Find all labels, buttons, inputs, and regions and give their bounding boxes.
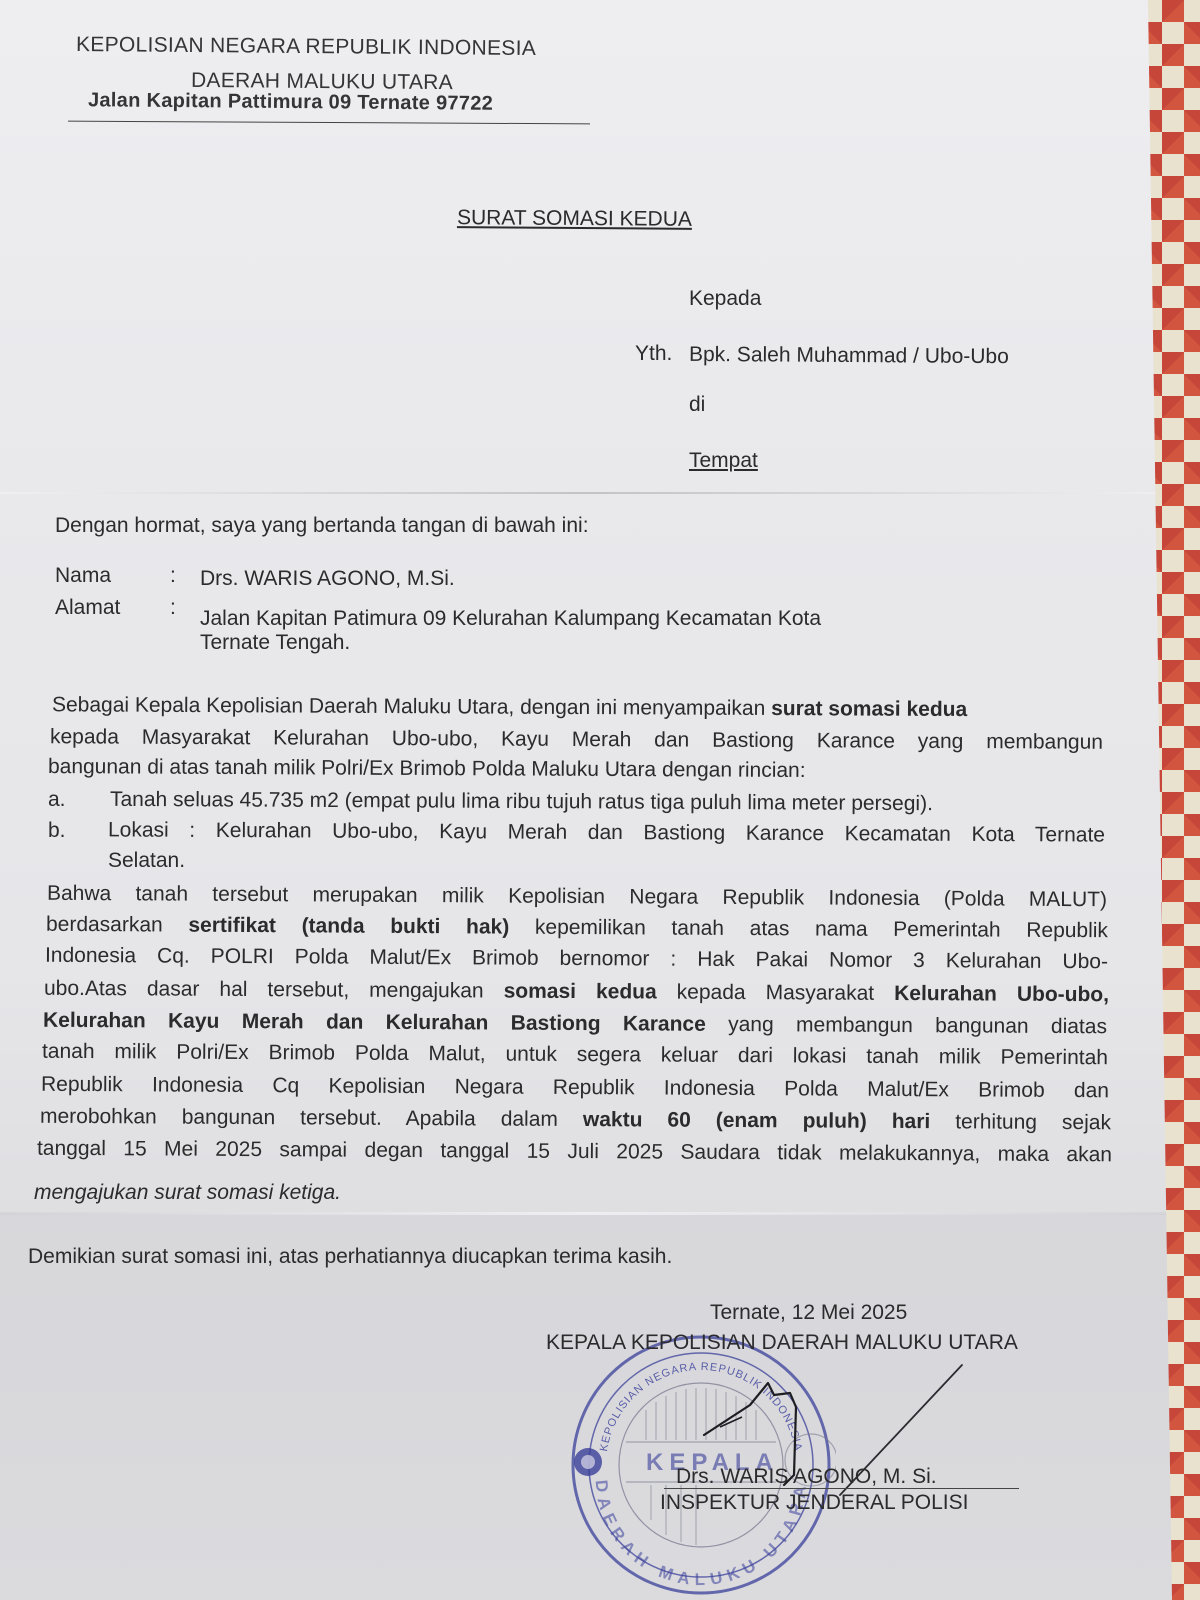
body-text-bold: Kelurahan Kayu Merah dan Kelurahan Basti… <box>43 1009 706 1036</box>
recipient-tempat: Tempat <box>689 450 758 471</box>
body-line: kepada Masyarakat Kelurahan Ubo-ubo, Kay… <box>50 726 1103 753</box>
body-text-bold: sertifikat (tanda bukti hak) <box>188 914 509 939</box>
identity-nama-value: Drs. WARIS AGONO, M.Si. <box>200 568 455 589</box>
letterhead-address: Jalan Kapitan Pattimura 09 Ternate 97722 <box>88 90 493 114</box>
list-marker: a. <box>48 789 66 810</box>
body-text-bold: Kelurahan Ubo-ubo, <box>894 982 1109 1006</box>
list-marker: b. <box>48 820 66 841</box>
signature-rule <box>664 1488 1019 1489</box>
list-item-text: Tanah seluas 45.735 m2 (empat pulu lima … <box>110 789 933 814</box>
letterhead-institution: KEPOLISIAN NEGARA REPUBLIK INDONESIA <box>76 34 536 59</box>
identity-alamat-label: Alamat <box>55 597 120 618</box>
paper-fold-line <box>0 492 1172 494</box>
signature-position: KEPALA KEPOLISIAN DAERAH MALUKU UTARA <box>546 1332 1018 1353</box>
closing-remark: Demikian surat somasi ini, atas perhatia… <box>28 1246 672 1267</box>
identity-separator: : <box>170 597 176 618</box>
recipient-kepada: Kepada <box>689 288 761 309</box>
body-text: terhitung sejak <box>930 1110 1111 1134</box>
paper-fold-line <box>0 1212 1172 1215</box>
signature-place-date: Ternate, 12 Mei 2025 <box>710 1302 907 1323</box>
recipient-di: di <box>689 394 705 415</box>
letter-title: SURAT SOMASI KEDUA <box>457 207 692 230</box>
body-text-bold: waktu 60 (enam puluh) hari <box>583 1108 930 1133</box>
body-text: yang membangun bangunan diatas <box>706 1013 1107 1038</box>
recipient-yth: Yth. <box>635 343 672 364</box>
list-item-text: Lokasi : Kelurahan Ubo-ubo, Kayu Merah d… <box>108 819 1105 845</box>
identity-alamat-value: Jalan Kapitan Patimura 09 Kelurahan Kalu… <box>200 608 821 629</box>
body-text: kepemilikan tanah atas nama Pemerintah R… <box>509 916 1108 943</box>
body-text: merobohkan bangunan tersebut. Apabila da… <box>40 1105 583 1131</box>
body-text-bold: somasi kedua <box>504 980 657 1004</box>
identity-alamat-value-cont: Ternate Tengah. <box>200 632 350 653</box>
signatory-rank: INSPEKTUR JENDERAL POLISI <box>660 1492 968 1513</box>
identity-separator: : <box>170 565 176 586</box>
signatory-name: Drs. WARIS AGONO, M. Si. <box>676 1466 937 1487</box>
body-text: Sebagai Kepala Kepolisian Daerah Maluku … <box>52 693 771 720</box>
body-text-bold: surat somasi kedua <box>771 697 967 721</box>
body-text: berdasarkan <box>46 913 189 937</box>
identity-nama-label: Nama <box>55 565 111 586</box>
recipient-name: Bpk. Saleh Muhammad / Ubo-Ubo <box>689 344 1009 367</box>
body-line: mengajukan surat somasi ketiga. <box>34 1182 341 1203</box>
body-text: kepada Masyarakat <box>657 980 895 1004</box>
opening-salutation: Dengan hormat, saya yang bertanda tangan… <box>55 515 589 536</box>
list-item-text-cont: Selatan. <box>108 850 185 871</box>
body-line: Sebagai Kepala Kepolisian Daerah Maluku … <box>52 694 1102 720</box>
body-text: ubo.Atas dasar hal tersebut, mengajukan <box>44 977 504 1003</box>
body-line: bangunan di atas tanah milik Polri/Ex Br… <box>48 756 806 781</box>
